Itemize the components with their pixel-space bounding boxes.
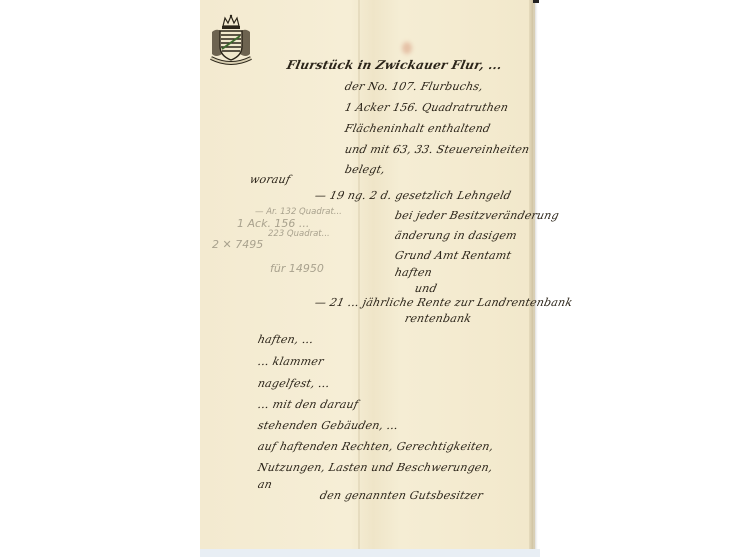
page-edge (529, 0, 533, 549)
manuscript-line: — 19 ng. 2 d. gesetzlich Lehngeld (314, 189, 513, 202)
manuscript-line: ... mit den darauf (257, 398, 360, 411)
manuscript-line: — 21 ... jährliche Rente zur Landrentenb… (314, 296, 574, 309)
manuscript-line: den genannten Gutsbesitzer (319, 489, 485, 502)
pencil-margin-note: 223 Quadrat... (268, 229, 330, 239)
manuscript-line: ... klammer (257, 355, 325, 368)
corner-mark (533, 0, 539, 3)
manuscript-line: auf haftenden Rechten, Gerechtigkeiten, (257, 440, 495, 453)
manuscript-line: Nutzungen, Lasten und Beschwerungen, (257, 461, 494, 474)
manuscript-line: Grund Amt Rentamt (394, 249, 513, 262)
manuscript-line: änderung in dasigem (394, 229, 519, 242)
scan-bottom-strip (200, 549, 540, 557)
manuscript-line: haften (394, 266, 434, 279)
paper-stain (402, 42, 412, 54)
pencil-margin-note: — Ar. 132 Quadrat... (255, 207, 342, 217)
manuscript-line: worauf (249, 173, 292, 186)
manuscript-line: an (257, 478, 274, 491)
manuscript-line: und (414, 282, 439, 295)
manuscript-line: und mit 63, 33. Steuereinheiten (344, 143, 531, 156)
pencil-margin-note: für 14950 (270, 262, 324, 275)
manuscript-line: Flurstück in Zwickauer Flur, ... (286, 58, 504, 72)
manuscript-line: rentenbank (404, 312, 473, 325)
manuscript-line: der No. 107. Flurbuchs, (344, 80, 485, 93)
pencil-margin-note: 2 ✕ 7495 (212, 238, 263, 251)
royal-coat-of-arms-icon (208, 14, 254, 68)
manuscript-line: stehenden Gebäuden, ... (257, 419, 400, 432)
manuscript-line: Flächeninhalt enthaltend (344, 122, 492, 135)
manuscript-line: nagelfest, ... (257, 377, 331, 390)
manuscript-line: haften, ... (257, 333, 315, 346)
manuscript-line: belegt, (344, 163, 387, 176)
manuscript-line: 1 Acker 156. Quadratruthen (344, 101, 510, 114)
manuscript-line: bei jeder Besitzveränderung (394, 209, 561, 222)
